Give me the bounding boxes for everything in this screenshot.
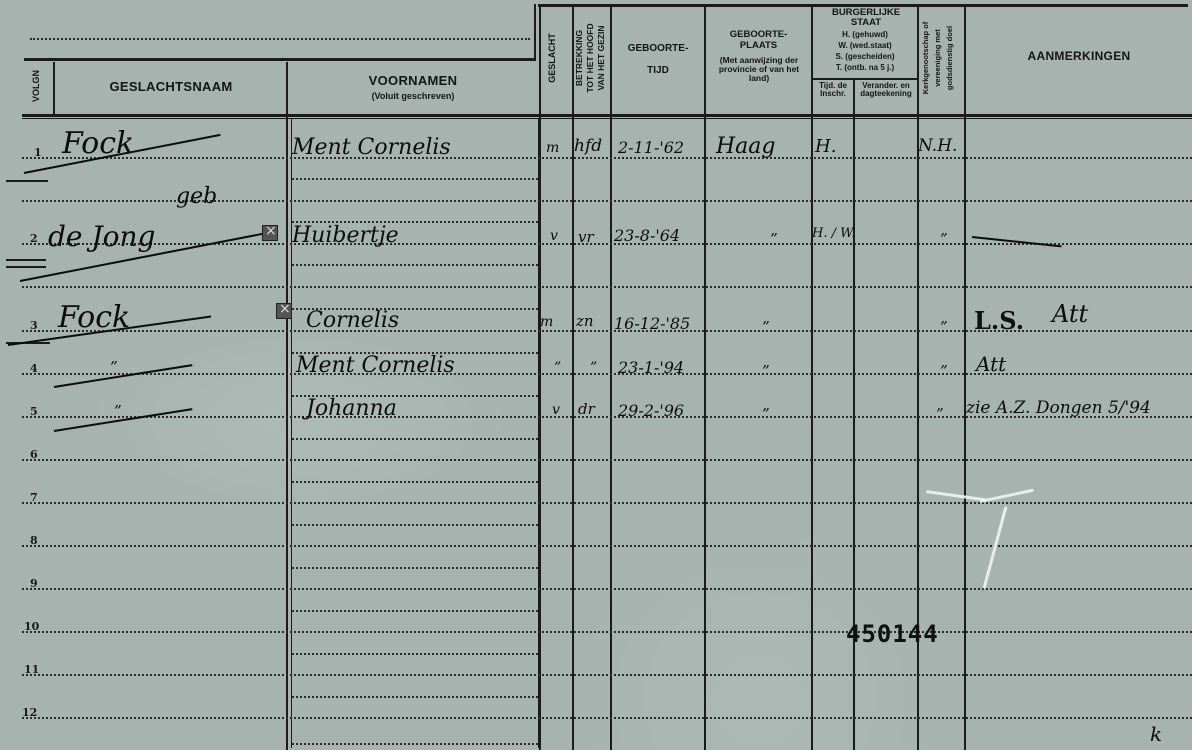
header-geslacht: GESLACHT [548, 6, 557, 110]
col-line-geboortetijd [704, 6, 706, 750]
header-aanmerkingen: AANMERKINGEN [966, 50, 1192, 63]
header-betrekking-3: VAN HET GEZIN [597, 6, 606, 110]
row2-geboortetijd: 23-8-'64 [614, 226, 680, 245]
col-line-geslachtsnaam [286, 62, 288, 750]
row-top-line [22, 118, 1192, 119]
row4-geboorteplaats: ” [762, 362, 770, 380]
row5-geboortetijd: 29-2-'96 [618, 401, 684, 420]
row2-kerk: ” [940, 230, 948, 248]
row-half-10 [292, 567, 538, 569]
row-line-12 [22, 717, 1192, 719]
top-box-right-edge [534, 4, 536, 60]
header-betrekking-1: BETREKKING [575, 6, 584, 110]
row-half-1 [292, 178, 538, 180]
row-line-bottom [292, 743, 538, 745]
row-number: 4 [30, 362, 38, 375]
row3-aanmerkingen-stamp: L.S. [974, 306, 1024, 335]
row3-aanmerkingen-initials: Att [1052, 300, 1088, 328]
top-dotted-line [30, 38, 530, 40]
voornamen-inner-box-right [538, 118, 539, 748]
header-volgnr: VOLGN [32, 62, 41, 110]
row-half-12 [292, 653, 538, 655]
row-half-9 [292, 524, 538, 526]
row4-voornamen: Ment Cornelis [296, 353, 455, 378]
row-marker [6, 180, 48, 182]
row4-geboortetijd: 23-1-'94 [618, 358, 684, 377]
row-number: 9 [30, 577, 38, 590]
row3-betrekking: zn [576, 312, 594, 330]
header-betrekking-2: TOT HET HOOFD [586, 6, 595, 110]
row3-geslacht: m [540, 314, 553, 330]
col-line-geboorteplaats [811, 6, 813, 750]
row5-kerk: ” [936, 405, 944, 423]
row1-voornamen: Ment Cornelis [292, 135, 451, 160]
row-half-7 [292, 438, 538, 440]
row2-voornamen: Huibertje [292, 223, 399, 248]
row-line-2b [22, 286, 1192, 288]
col-line-bs-sub [853, 78, 855, 750]
col-line-kerk [964, 6, 966, 750]
row5-betrekking: dr [578, 400, 595, 418]
row3-voornamen: Cornelis [306, 308, 399, 333]
family-register-card: VOLGN GESLACHTSNAAM VOORNAMEN (Voluit ge… [0, 0, 1192, 750]
row-half-8 [292, 481, 538, 483]
header-kerk-3: godsdienstig doel [946, 4, 954, 112]
row2-geslacht: v [550, 228, 558, 244]
strike-line [54, 364, 193, 388]
row1-geboortetijd: 2-11-'62 [618, 138, 684, 157]
row1-geslacht: m [546, 140, 559, 156]
row1-bs-tijd: H. [815, 136, 836, 157]
row4-aanmerkingen: Att [976, 352, 1006, 376]
header-voornamen-sub: (Voluit geschreven) [288, 92, 538, 101]
row1-geboorteplaats: Haag [716, 134, 776, 159]
row-number: 8 [30, 534, 38, 547]
row3-kerk: ” [940, 318, 948, 336]
row5-geslacht: v [552, 402, 560, 418]
col-line-volgnr [53, 62, 55, 114]
header-burgerlijke-staat: BURGERLIJKE STAAT [820, 8, 912, 28]
row-number: 2 [30, 232, 38, 245]
row2-geboorteplaats: ” [770, 230, 778, 248]
row-number: 7 [30, 491, 38, 504]
row2-betrekking: vr [578, 228, 594, 246]
header-geslachtsnaam: GESLACHTSNAAM [56, 80, 286, 94]
header-geboortetijd-2: TIJD [612, 66, 704, 77]
row5-geboorteplaats: ” [762, 405, 770, 423]
header-bs-sub-tijd: Tijd. de Inschr. [813, 82, 853, 99]
row-marker [6, 259, 46, 261]
row-line-10 [22, 631, 1192, 633]
row4-kerk: ” [940, 362, 948, 380]
row5-aanmerkingen: zie A.Z. Dongen 5/'94 [966, 398, 1151, 418]
header-geboorteplaats-sub: (Met aanwijzing der provincie of van het… [712, 56, 806, 83]
header-bottom-line [22, 114, 1192, 117]
header-geboorteplaats-1: GEBOORTE- [706, 30, 811, 40]
col-line-voornamen [539, 6, 541, 750]
row-line-7 [22, 502, 1192, 504]
row-half-3 [292, 264, 538, 266]
paper-crack [926, 490, 986, 501]
row-line-9 [22, 588, 1192, 590]
row3-geboorteplaats: ” [762, 318, 770, 336]
aanmerkingen-strike [972, 236, 1062, 247]
header-bs-code-t: T. (ontb. na 5 j.) [813, 64, 917, 72]
row-number: 10 [24, 620, 39, 633]
header-bs-code-w: W. (wed.staat) [813, 42, 917, 50]
row4-geslachtsnaam: ” [110, 358, 118, 376]
row-line-8 [22, 545, 1192, 547]
header-bs-sub-verander: Verander. en dagteekening [855, 82, 917, 99]
row-number: 3 [30, 319, 38, 332]
header-geboorteplaats-2: PLAATS [706, 41, 811, 51]
row5-voornamen: Johanna [306, 396, 397, 421]
paper-crack [980, 489, 1034, 503]
row-number: 12 [22, 706, 37, 719]
row-line-11 [22, 674, 1192, 676]
row-half-11 [292, 610, 538, 612]
row1-kerk: N.H. [918, 136, 957, 156]
row-line-6 [22, 459, 1192, 461]
strike-line [54, 408, 193, 432]
row2-geslachtsnaam-prefix: geb [176, 184, 217, 209]
row2-geslachtsnaam: de Jong [48, 220, 155, 253]
stamp-box-icon [262, 225, 278, 241]
row-half-13 [292, 696, 538, 698]
row-line-1 [22, 157, 1192, 159]
col-line-geslacht [572, 6, 574, 750]
header-top-line [24, 58, 536, 61]
header-bs-code-s: S. (gescheiden) [813, 53, 917, 61]
paper-crack [983, 506, 1008, 589]
row-number: 1 [34, 146, 42, 159]
row-number: 11 [24, 663, 39, 676]
row-marker [6, 266, 46, 268]
row1-betrekking: hfd [574, 136, 602, 156]
row-line-4 [22, 373, 1192, 375]
row-number: 5 [30, 405, 38, 418]
bs-sub-divider [811, 78, 919, 80]
header-bs-code-h: H. (gehuwd) [813, 31, 917, 39]
corner-mark: k [1150, 722, 1162, 746]
row-number: 6 [30, 448, 38, 461]
row2-bs-tijd: H. / W. [812, 226, 855, 241]
row1-geslachtsnaam: Fock [62, 126, 134, 161]
header-geboortetijd-1: GEBOORTE- [612, 44, 704, 55]
header-voornamen: VOORNAMEN [288, 74, 538, 88]
row5-geslachtsnaam: ” [114, 402, 122, 420]
card-number-stamp: 450144 [846, 620, 939, 648]
row3-geboortetijd: 16-12-'85 [614, 314, 690, 333]
stamp-box-icon [276, 303, 292, 319]
col-line-betrekking [610, 6, 612, 750]
row4-geslacht: ” [554, 360, 561, 376]
header-kerk-1: Kerkgenootschap of [922, 4, 930, 112]
row4-betrekking: ” [590, 360, 597, 376]
header-kerk-2: vereeniging met [934, 4, 942, 112]
